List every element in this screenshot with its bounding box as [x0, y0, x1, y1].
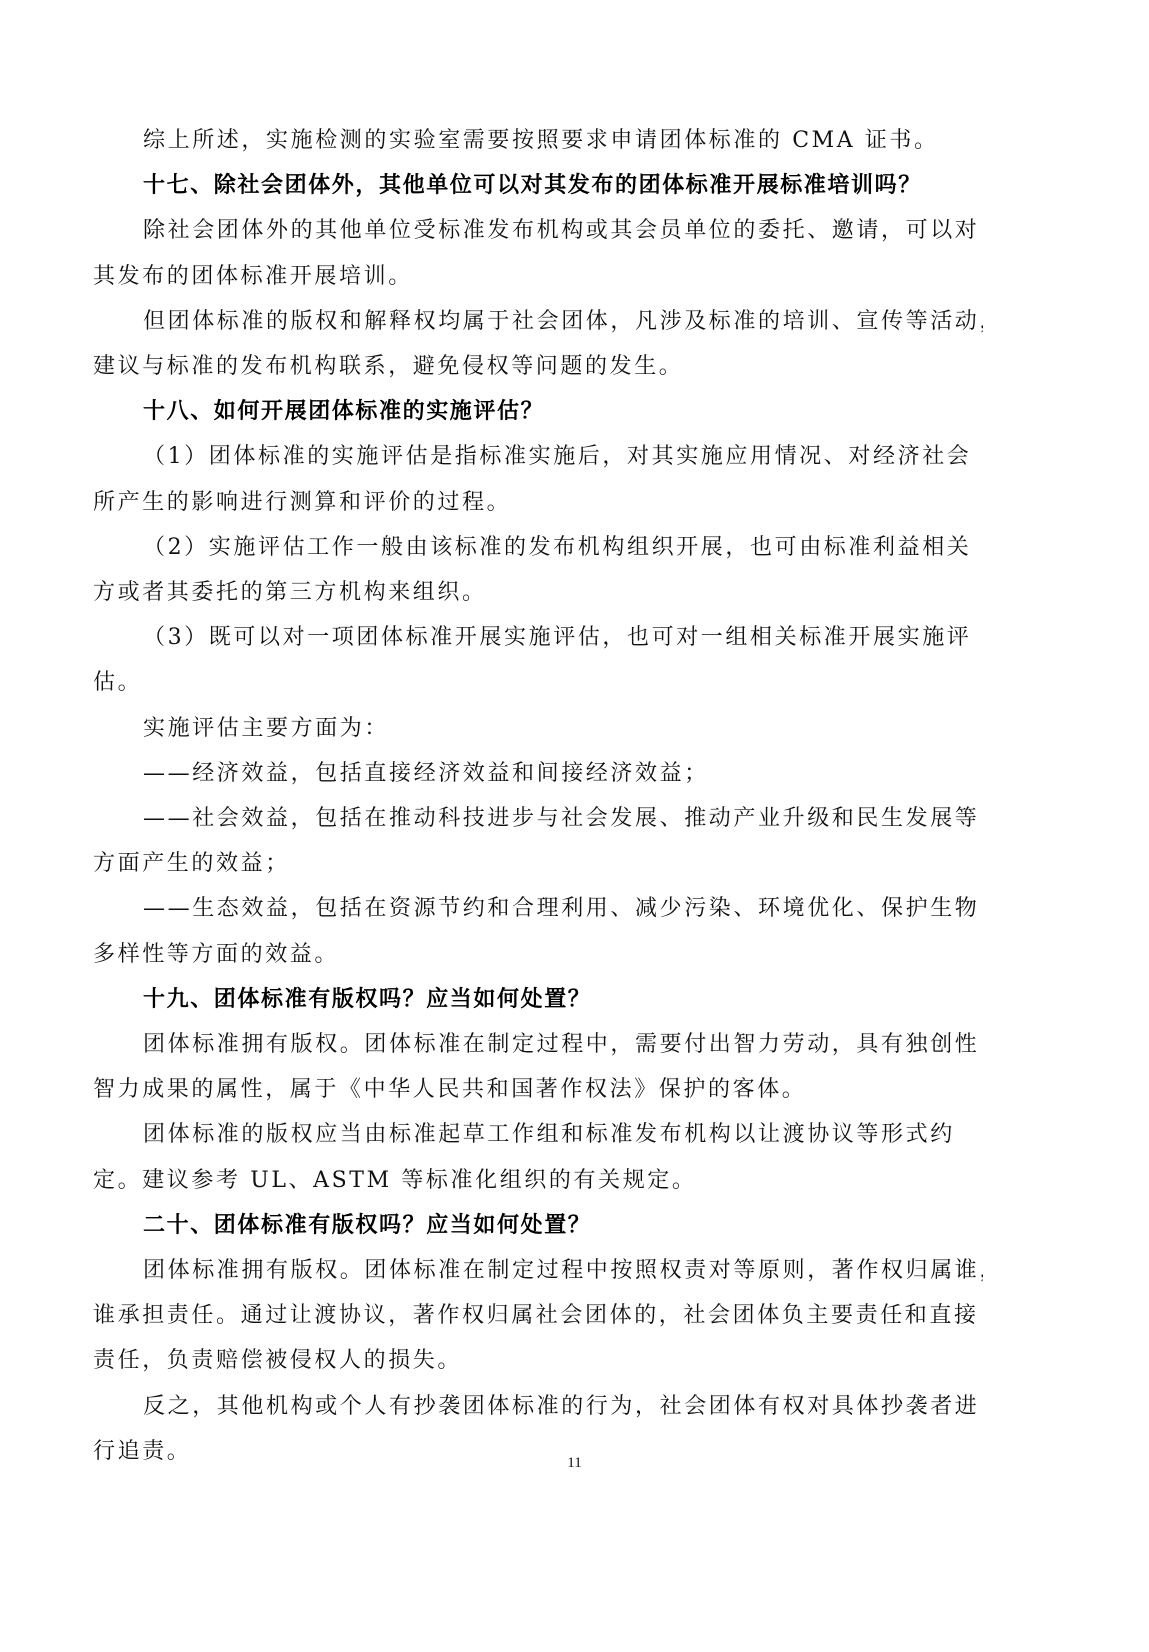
text-line: 智力成果的属性，属于《中华人民共和国著作权法》保护的客体。 [93, 1067, 983, 1112]
heading-section-18: 十八、如何开展团体标准的实施评估？ [93, 389, 983, 434]
text-line: （1）团体标准的实施评估是指标准实施后，对其实施应用情况、对经济社会 [93, 434, 983, 479]
text-line: 除社会团体外的其他单位受标准发布机构或其会员单位的委托、邀请，可以对 [93, 208, 983, 253]
list-item-economic-benefit: ——经济效益，包括直接经济效益和间接经济效益； [93, 751, 983, 796]
list-item-ecological-benefit: ——生态效益，包括在资源节约和合理利用、减少污染、环境优化、保护生物 多样性等方… [93, 886, 983, 976]
text-line: 责任，负责赔偿被侵权人的损失。 [93, 1338, 983, 1383]
paragraph-cma-summary: 综上所述，实施检测的实验室需要按照要求申请团体标准的 CMA 证书。 [93, 118, 983, 163]
text-line: 所产生的影响进行测算和评价的过程。 [93, 480, 983, 525]
heading-text: 二十、团体标准有版权吗？应当如何处置？ [93, 1203, 983, 1248]
text-line: 团体标准的版权应当由标准起草工作组和标准发布机构以让渡协议等形式约 [93, 1112, 983, 1157]
text-line: ——经济效益，包括直接经济效益和间接经济效益； [93, 751, 983, 796]
text-line: 估。 [93, 660, 983, 705]
text-line: ——社会效益，包括在推动科技进步与社会发展、推动产业升级和民生发展等 [93, 796, 983, 841]
text-line: 实施评估主要方面为： [93, 706, 983, 751]
text-line: （2）实施评估工作一般由该标准的发布机构组织开展，也可由标准利益相关 [93, 525, 983, 570]
paragraph-copyright-ownership: 团体标准拥有版权。团体标准在制定过程中，需要付出智力劳动，具有独创性 智力成果的… [93, 1022, 983, 1112]
text-line: 其发布的团体标准开展培训。 [93, 254, 983, 299]
text-line: 团体标准拥有版权。团体标准在制定过程中按照权责对等原则，著作权归属谁， [93, 1248, 983, 1293]
paragraph-evaluation-1: （1）团体标准的实施评估是指标准实施后，对其实施应用情况、对经济社会 所产生的影… [93, 434, 983, 524]
paragraph-evaluation-aspects-intro: 实施评估主要方面为： [93, 706, 983, 751]
paragraph-copyright-agreement: 团体标准的版权应当由标准起草工作组和标准发布机构以让渡协议等形式约 定。建议参考… [93, 1112, 983, 1202]
heading-text: 十八、如何开展团体标准的实施评估？ [93, 389, 983, 434]
document-page: 综上所述，实施检测的实验室需要按照要求申请团体标准的 CMA 证书。 十七、除社… [0, 0, 1149, 1652]
heading-section-20: 二十、团体标准有版权吗？应当如何处置？ [93, 1203, 983, 1248]
paragraph-copyright-interpretation: 但团体标准的版权和解释权均属于社会团体，凡涉及标准的培训、宣传等活动， 建议与标… [93, 299, 983, 389]
paragraph-evaluation-2: （2）实施评估工作一般由该标准的发布机构组织开展，也可由标准利益相关 方或者其委… [93, 525, 983, 615]
heading-section-17: 十七、除社会团体外，其他单位可以对其发布的团体标准开展标准培训吗？ [93, 163, 983, 208]
heading-text: 十七、除社会团体外，其他单位可以对其发布的团体标准开展标准培训吗？ [93, 163, 983, 208]
text-line: ——生态效益，包括在资源节约和合理利用、减少污染、环境优化、保护生物 [93, 886, 983, 931]
heading-section-19: 十九、团体标准有版权吗？应当如何处置？ [93, 977, 983, 1022]
text-line: 方面产生的效益； [93, 841, 983, 886]
text-line: 但团体标准的版权和解释权均属于社会团体，凡涉及标准的培训、宣传等活动， [93, 299, 983, 344]
paragraph-copyright-responsibility: 团体标准拥有版权。团体标准在制定过程中按照权责对等原则，著作权归属谁， 谁承担责… [93, 1248, 983, 1384]
paragraph-other-units-training: 除社会团体外的其他单位受标准发布机构或其会员单位的委托、邀请，可以对 其发布的团… [93, 208, 983, 298]
page-content: 综上所述，实施检测的实验室需要按照要求申请团体标准的 CMA 证书。 十七、除社… [93, 118, 983, 1474]
text-line: 综上所述，实施检测的实验室需要按照要求申请团体标准的 CMA 证书。 [93, 118, 983, 163]
list-item-social-benefit: ——社会效益，包括在推动科技进步与社会发展、推动产业升级和民生发展等 方面产生的… [93, 796, 983, 886]
text-line: 方或者其委托的第三方机构来组织。 [93, 570, 983, 615]
text-line: 团体标准拥有版权。团体标准在制定过程中，需要付出智力劳动，具有独创性 [93, 1022, 983, 1067]
paragraph-evaluation-3: （3）既可以对一项团体标准开展实施评估，也可对一组相关标准开展实施评 估。 [93, 615, 983, 705]
text-line: 多样性等方面的效益。 [93, 932, 983, 977]
text-line: 建议与标准的发布机构联系，避免侵权等问题的发生。 [93, 344, 983, 389]
text-line: 反之，其他机构或个人有抄袭团体标准的行为，社会团体有权对具体抄袭者进 [93, 1384, 983, 1429]
page-number: 11 [0, 1455, 1149, 1472]
text-line: 定。建议参考 UL、ASTM 等标准化组织的有关规定。 [93, 1158, 983, 1203]
text-line: 谁承担责任。通过让渡协议，著作权归属社会团体的，社会团体负主要责任和直接 [93, 1293, 983, 1338]
text-line: （3）既可以对一项团体标准开展实施评估，也可对一组相关标准开展实施评 [93, 615, 983, 660]
heading-text: 十九、团体标准有版权吗？应当如何处置？ [93, 977, 983, 1022]
